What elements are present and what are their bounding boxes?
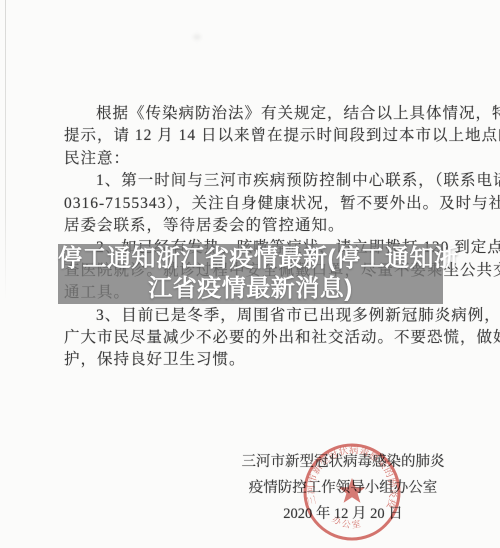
- notice-body: 根据《传染病防治法》有关规定，结合以上具体情况，特此 提示，请 12 月 14 …: [64, 103, 448, 372]
- seal-bottom-text: 办公室: [330, 513, 363, 530]
- seal-star-icon: [339, 478, 366, 503]
- document-text-line: 广大市民尽量减少不必要的外出和社交活动。不要恐慌，做好防: [64, 327, 448, 349]
- document-text-line: 居委会联系，等待居委会的管控通知。: [64, 215, 448, 237]
- title-overlay: 停工通知浙江省疫情最新(停工通知浙 江省疫情最新消息): [58, 244, 443, 304]
- document-text-line: 民注意：: [64, 148, 448, 170]
- document-text-line: 护，保持良好卫生习惯。: [64, 349, 448, 371]
- official-seal-stamp: 三河市新型冠状病毒感染的肺炎疫情防控工作领导小组 办公室: [297, 437, 407, 547]
- scanned-notice-page: 根据《传染病防治法》有关规定，结合以上具体情况，特此 提示，请 12 月 14 …: [0, 0, 500, 548]
- document-text-line: 3、目前已是冬季，周围省市已出现多例新冠肺炎病例，请: [64, 305, 448, 327]
- title-overlay-line-2: 江省疫情最新消息): [58, 274, 443, 304]
- scan-edge-line: [5, 0, 6, 300]
- document-text-line: 提示，请 12 月 14 日以来曾在提示时间段到过本市以上地点的市: [64, 125, 448, 147]
- document-text-line: 1、第一时间与三河市疾病预防控制中心联系，（联系电话：: [64, 170, 448, 192]
- scan-smudge: [193, 34, 201, 40]
- document-text-line: 0316-7155343），关注自身健康状况，暂不要外出。及时与社区: [64, 193, 448, 215]
- document-text-line: 根据《传染病防治法》有关规定，结合以上具体情况，特此: [64, 103, 448, 125]
- title-overlay-line-1: 停工通知浙江省疫情最新(停工通知浙: [58, 244, 443, 274]
